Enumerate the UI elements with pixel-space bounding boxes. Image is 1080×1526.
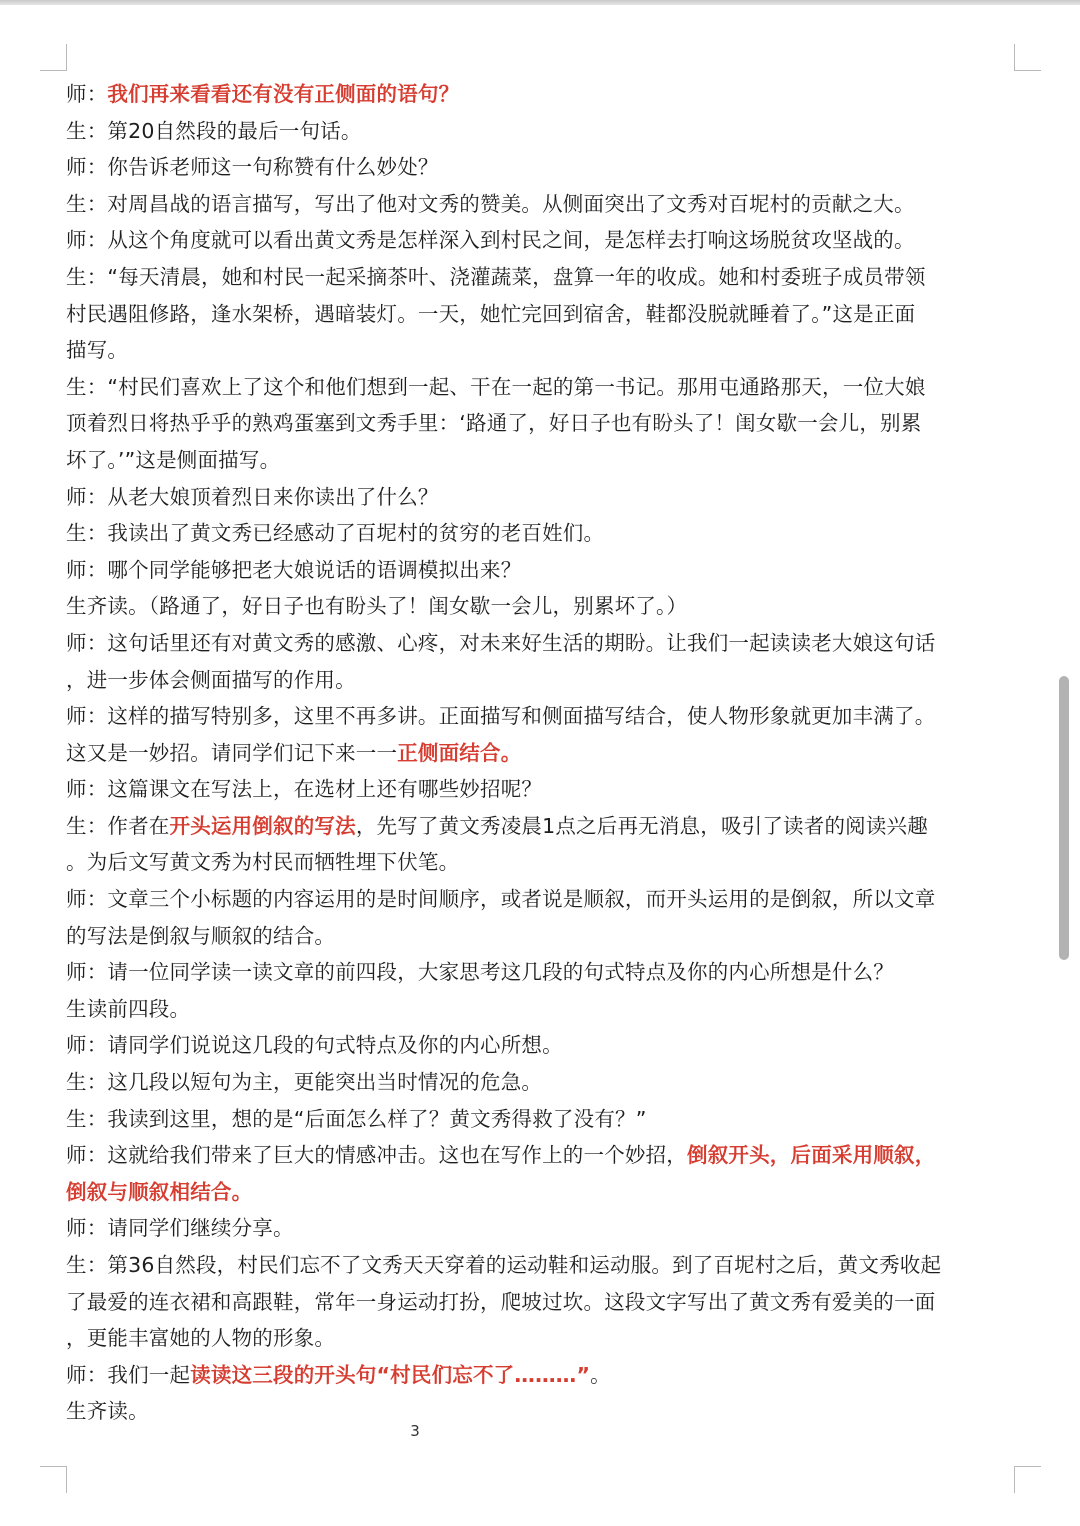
text-segment: 生：第36自然段，村民们忘不了文秀天天穿着的运动鞋和运动服。到了百坭村之后，黄文… (66, 1253, 941, 1277)
text-line: 这又是一妙招。请同学们记下来一一正侧面结合。 (66, 735, 1018, 772)
highlighted-text: 开头运用倒叙的写法 (170, 814, 356, 838)
text-line: 师：这句话里还有对黄文秀的感激、心疼，对未来好生活的期盼。让我们一起读读老大娘这… (66, 625, 1018, 662)
text-segment: 师：请同学们说说这几段的句式特点及你的内心所想。 (66, 1033, 563, 1057)
text-segment: ，先写了黄文秀凌晨1点之后再无消息，吸引了读者的阅读兴趣 (356, 814, 928, 838)
highlighted-text: 倒叙开头，后面采用顺叙， (687, 1143, 935, 1167)
text-line: 生：对周昌战的语言描写，写出了他对文秀的赞美。从侧面突出了文秀对百坭村的贡献之大… (66, 186, 1018, 223)
text-segment: 生：对周昌战的语言描写，写出了他对文秀的赞美。从侧面突出了文秀对百坭村的贡献之大… (66, 192, 915, 216)
text-segment: 师：这篇课文在写法上，在选材上还有哪些妙招呢？ (66, 777, 542, 801)
text-line: 师：我们一起读读这三段的开头句“村民们忘不了………”。 (66, 1357, 1018, 1394)
text-line: 生：“村民们喜欢上了这个和他们想到一起、干在一起的第一书记。那用屯通路那天，一位… (66, 369, 1018, 406)
text-line: 倒叙与顺叙相结合。 (66, 1174, 1018, 1211)
text-line: 生：作者在开头运用倒叙的写法，先写了黄文秀凌晨1点之后再无消息，吸引了读者的阅读… (66, 808, 1018, 845)
text-segment: 生：我读到这里，想的是“后面怎么样了？黄文秀得救了没有？” (66, 1107, 647, 1131)
text-line: 生：“每天清晨，她和村民一起采摘茶叶、浇灌蔬菜，盘算一年的收成。她和村委班子成员… (66, 259, 1018, 296)
text-segment: 了最爱的连衣裙和高跟鞋，常年一身运动打扮，爬坡过坎。这段文字写出了黄文秀有爱美的… (66, 1290, 935, 1314)
text-segment: 生：我读出了黄文秀已经感动了百坭村的贫穷的老百姓们。 (66, 521, 604, 545)
highlighted-text: 倒叙与顺叙相结合。 (66, 1180, 252, 1204)
text-line: 师：这就给我们带来了巨大的情感冲击。这也在写作上的一个妙招，倒叙开头，后面采用顺… (66, 1137, 1018, 1174)
text-line: 师：哪个同学能够把老大娘说话的语调模拟出来？ (66, 552, 1018, 589)
text-line: 生：第36自然段，村民们忘不了文秀天天穿着的运动鞋和运动服。到了百坭村之后，黄文… (66, 1247, 1018, 1284)
highlighted-text: 读读这三段的开头句“村民们忘不了………” (190, 1363, 590, 1387)
text-line: 师：文章三个小标题的内容运用的是时间顺序，或者说是顺叙，而开头运用的是倒叙，所以… (66, 881, 1018, 918)
text-segment: 生：“村民们喜欢上了这个和他们想到一起、干在一起的第一书记。那用屯通路那天，一位… (66, 375, 926, 399)
text-line: 生：我读出了黄文秀已经感动了百坭村的贫穷的老百姓们。 (66, 515, 1018, 552)
text-segment: 师：这句话里还有对黄文秀的感激、心疼，对未来好生活的期盼。让我们一起读读老大娘这… (66, 631, 935, 655)
text-segment: 师：请一位同学读一读文章的前四段，大家思考这几段的句式特点及你的内心所想是什么？ (66, 960, 894, 984)
text-line: 师：请一位同学读一读文章的前四段，大家思考这几段的句式特点及你的内心所想是什么？ (66, 954, 1018, 991)
text-line: ，进一步体会侧面描写的作用。 (66, 662, 1018, 699)
text-line: 师：你告诉老师这一句称赞有什么妙处？ (66, 149, 1018, 186)
text-segment: 生齐读。（路通了，好日子也有盼头了！闺女歇一会儿，别累坏了。） (66, 594, 687, 618)
text-line: 顶着烈日将热乎乎的熟鸡蛋塞到文秀手里：‘路通了，好日子也有盼头了！闺女歇一会儿，… (66, 405, 1018, 442)
text-line: 。为后文写黄文秀为村民而牺牲埋下伏笔。 (66, 844, 1018, 881)
text-line: 师：从老大娘顶着烈日来你读出了什么？ (66, 479, 1018, 516)
text-line: 师：请同学们继续分享。 (66, 1210, 1018, 1247)
text-line: 生：这几段以短句为主，更能突出当时情况的危急。 (66, 1064, 1018, 1101)
text-line: 坏了。’”这是侧面描写。 (66, 442, 1018, 479)
text-line: 生：我读到这里，想的是“后面怎么样了？黄文秀得救了没有？” (66, 1101, 1018, 1138)
text-line: 村民遇阻修路，逢水架桥，遇暗装灯。一天，她忙完回到宿舍，鞋都没脱就睡着了。”这是… (66, 296, 1018, 333)
document-body: 师：我们再来看看还有没有正侧面的语句？生：第20自然段的最后一句话。师：你告诉老… (66, 76, 1018, 1430)
text-line: 生齐读。（路通了，好日子也有盼头了！闺女歇一会儿，别累坏了。） (66, 588, 1018, 625)
highlighted-text: 我们再来看看还有没有正侧面的语句？ (107, 82, 459, 106)
text-segment: 师：文章三个小标题的内容运用的是时间顺序，或者说是顺叙，而开头运用的是倒叙，所以… (66, 887, 935, 911)
text-line: 生：第20自然段的最后一句话。 (66, 113, 1018, 150)
text-segment: 生读前四段。 (66, 997, 190, 1021)
page-number: 3 (405, 1422, 425, 1440)
text-segment: 师：从这个角度就可以看出黄文秀是怎样深入到村民之间，是怎样去打响这场脱贫攻坚战的… (66, 228, 915, 252)
vertical-scrollbar[interactable] (1059, 676, 1069, 960)
text-line: 生读前四段。 (66, 991, 1018, 1028)
text-line: 师：请同学们说说这几段的句式特点及你的内心所想。 (66, 1027, 1018, 1064)
text-segment: 描写。 (66, 338, 128, 362)
text-segment: 坏了。’”这是侧面描写。 (66, 448, 280, 472)
text-segment: 师： (66, 82, 107, 106)
text-segment: 师：从老大娘顶着烈日来你读出了什么？ (66, 485, 439, 509)
text-segment: 这又是一妙招。请同学们记下来一一 (66, 741, 397, 765)
text-segment: 生：“每天清晨，她和村民一起采摘茶叶、浇灌蔬菜，盘算一年的收成。她和村委班子成员… (66, 265, 926, 289)
text-line: 了最爱的连衣裙和高跟鞋，常年一身运动打扮，爬坡过坎。这段文字写出了黄文秀有爱美的… (66, 1284, 1018, 1321)
text-segment: 生：作者在 (66, 814, 170, 838)
text-segment: 师：这就给我们带来了巨大的情感冲击。这也在写作上的一个妙招， (66, 1143, 687, 1167)
text-line: 师：这篇课文在写法上，在选材上还有哪些妙招呢？ (66, 771, 1018, 808)
text-line: 的写法是倒叙与顺叙的结合。 (66, 918, 1018, 955)
text-line: 描写。 (66, 332, 1018, 369)
text-line: ，更能丰富她的人物的形象。 (66, 1320, 1018, 1357)
text-segment: 生：第20自然段的最后一句话。 (66, 119, 362, 143)
crop-mark-top-left (40, 44, 67, 71)
text-segment: 师：请同学们继续分享。 (66, 1216, 294, 1240)
text-line: 师：我们再来看看还有没有正侧面的语句？ (66, 76, 1018, 113)
text-line: 师：从这个角度就可以看出黄文秀是怎样深入到村民之间，是怎样去打响这场脱贫攻坚战的… (66, 222, 1018, 259)
text-segment: 生：这几段以短句为主，更能突出当时情况的危急。 (66, 1070, 542, 1094)
text-segment: 。为后文写黄文秀为村民而牺牲埋下伏笔。 (66, 850, 459, 874)
crop-mark-bottom-right (1014, 1466, 1041, 1493)
crop-mark-bottom-left (40, 1466, 67, 1493)
text-segment: 师：我们一起 (66, 1363, 190, 1387)
text-segment: 生齐读。 (66, 1399, 149, 1423)
text-segment: 村民遇阻修路，逢水架桥，遇暗装灯。一天，她忙完回到宿舍，鞋都没脱就睡着了。”这是… (66, 302, 915, 326)
highlighted-text: 正侧面结合。 (397, 741, 521, 765)
text-segment: 的写法是倒叙与顺叙的结合。 (66, 924, 335, 948)
window-top-edge (0, 0, 1080, 5)
text-segment: 。 (590, 1363, 611, 1387)
text-segment: ，更能丰富她的人物的形象。 (66, 1326, 335, 1350)
text-line: 生齐读。 (66, 1393, 1018, 1430)
text-segment: ，进一步体会侧面描写的作用。 (66, 668, 356, 692)
text-segment: 师：这样的描写特别多，这里不再多讲。正面描写和侧面描写结合，使人物形象就更加丰满… (66, 704, 935, 728)
text-segment: 顶着烈日将热乎乎的熟鸡蛋塞到文秀手里：‘路通了，好日子也有盼头了！闺女歇一会儿，… (66, 411, 921, 435)
crop-mark-top-right (1014, 44, 1041, 71)
text-line: 师：这样的描写特别多，这里不再多讲。正面描写和侧面描写结合，使人物形象就更加丰满… (66, 698, 1018, 735)
text-segment: 师：哪个同学能够把老大娘说话的语调模拟出来？ (66, 558, 521, 582)
text-segment: 师：你告诉老师这一句称赞有什么妙处？ (66, 155, 439, 179)
